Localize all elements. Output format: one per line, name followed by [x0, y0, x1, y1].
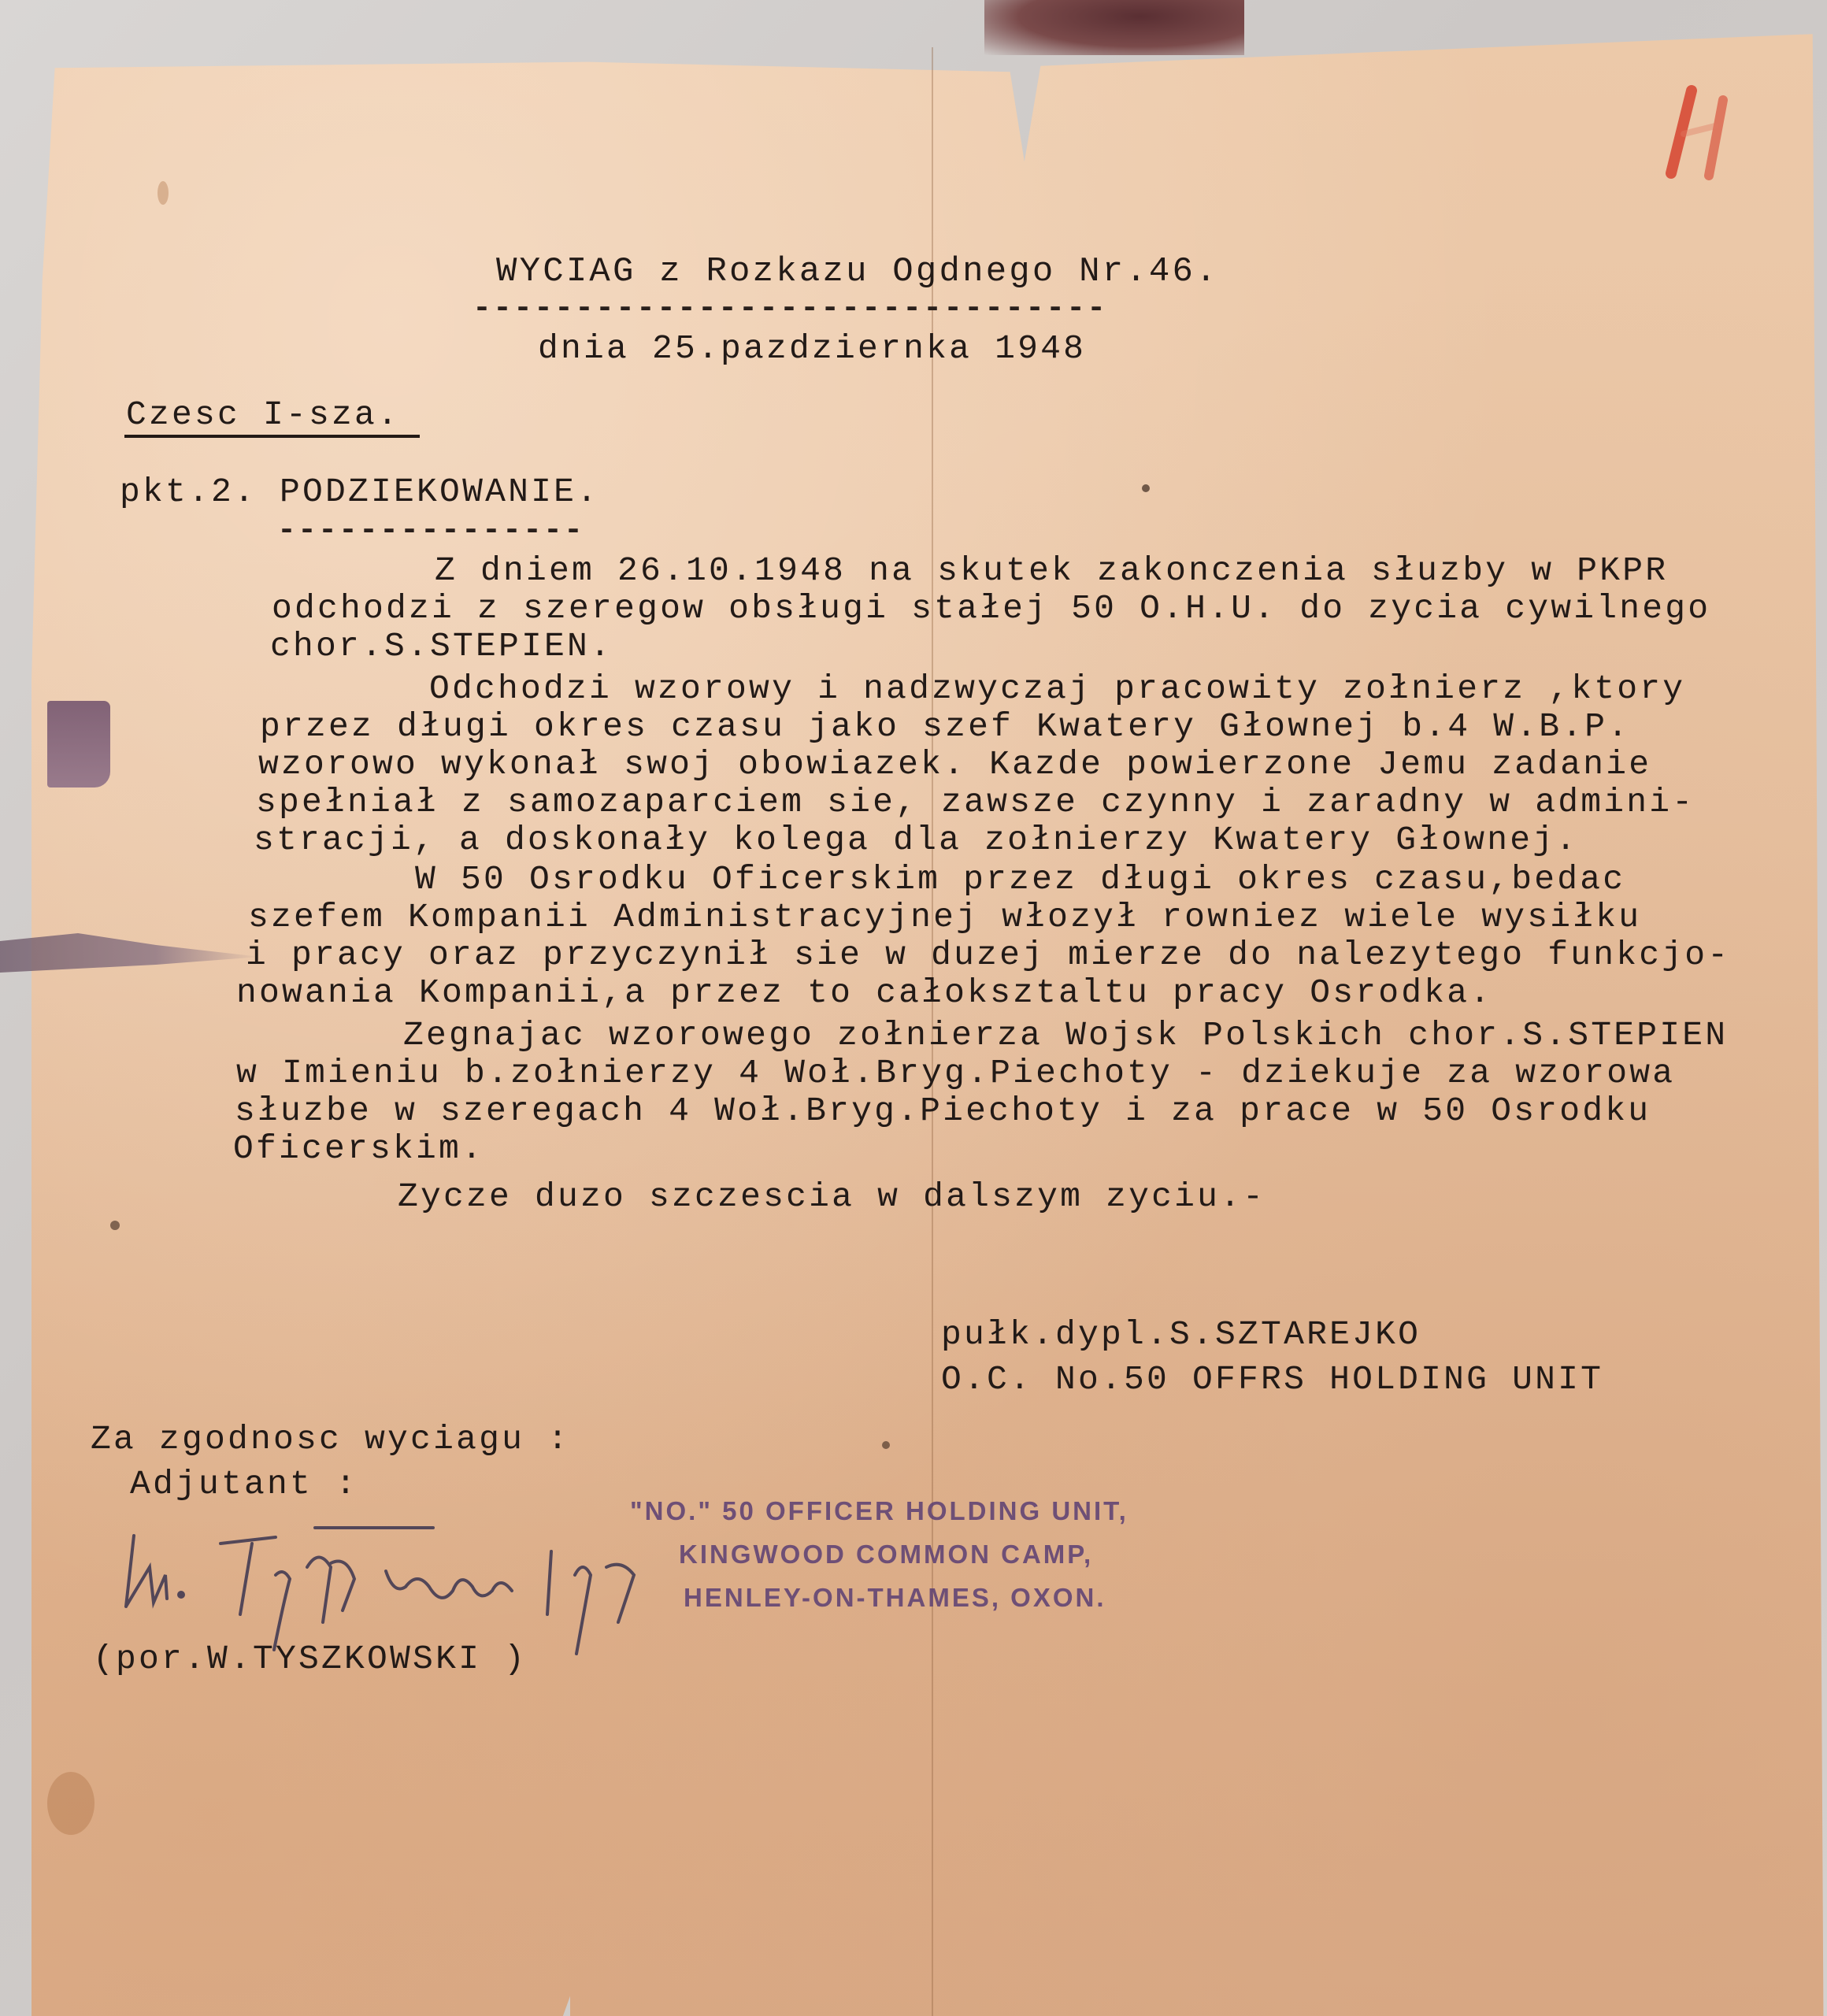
body-line: słuzbe w szeregach 4 Woł.Bryg.Piechoty i… [235, 1091, 1651, 1130]
body-line: i pracy oraz przyczynił sie w duzej mier… [246, 936, 1730, 974]
unit-stamp-line: "NO." 50 OFFICER HOLDING UNIT, [630, 1496, 1128, 1526]
unit-stamp-line: KINGWOOD COMMON CAMP, [679, 1540, 1093, 1569]
adjutant-label: Adjutant : [130, 1465, 358, 1503]
body-line: nowania Kompanii,a przez to całoksztaltu… [236, 973, 1492, 1012]
stain [1142, 484, 1150, 492]
document-title: WYCIAG z Rozkazu Ogdnego Nr.46. [496, 252, 1219, 291]
background-fabric [984, 0, 1244, 55]
certification-label: Za zgodnosc wyciagu : [91, 1420, 570, 1458]
body-line: spełniał z samozaparciem sie, zawsze czy… [256, 783, 1695, 821]
body-line: Z dniem 26.10.1948 na skutek zakonczenia… [435, 551, 1668, 590]
body-line: odchodzi z szeregow obsługi stałej 50 O.… [272, 589, 1710, 628]
section-heading: Czesc I-sza. [126, 395, 400, 434]
stain [157, 181, 169, 205]
document-date: dnia 25.pazdziernka 1948 [538, 329, 1086, 368]
body-line: w Imieniu b.zołnierzy 4 Woł.Bryg.Piechot… [236, 1054, 1675, 1092]
body-line: szefem Kompanii Administracyjnej włozył … [248, 898, 1641, 936]
paper-tear [47, 701, 110, 787]
body-line: Oficerskim. [233, 1129, 484, 1168]
point-heading: pkt.2. PODZIEKOWANIE. [120, 472, 599, 511]
body-line: wzorowo wykonał swoj obowiazek. Kazde po… [258, 745, 1651, 784]
stain [110, 1221, 120, 1230]
section-underline [124, 435, 420, 438]
body-line: Odchodzi wzorowy i nadzwyczaj pracowity … [429, 669, 1685, 708]
body-line: W 50 Osrodku Oficerskim przez długi okre… [415, 860, 1625, 899]
adjutant-name: (por.W.TYSZKOWSKI ) [93, 1640, 527, 1678]
signatory-name: pułk.dypl.S.SZTAREJKO [941, 1315, 1421, 1354]
red-pencil-mark [1660, 83, 1731, 185]
body-line: chor.S.STEPIEN. [270, 627, 613, 665]
point-rule: --------------- [277, 513, 584, 549]
body-line: Zegnajac wzorowego zołnierza Wojsk Polsk… [403, 1016, 1728, 1054]
stain [882, 1441, 890, 1449]
stain [47, 1772, 94, 1835]
body-line: stracji, a doskonały kolega dla zołnierz… [254, 821, 1578, 859]
title-rule: ------------------------------- [472, 291, 1107, 327]
body-line: przez długi okres czasu jako szef Kwater… [260, 707, 1630, 746]
body-line: Zycze duzo szczescia w dalszym zyciu.- [398, 1177, 1266, 1216]
signatory-title: O.C. No.50 OFFRS HOLDING UNIT [941, 1360, 1603, 1399]
unit-stamp-line: HENLEY-ON-THAMES, OXON. [684, 1583, 1106, 1613]
